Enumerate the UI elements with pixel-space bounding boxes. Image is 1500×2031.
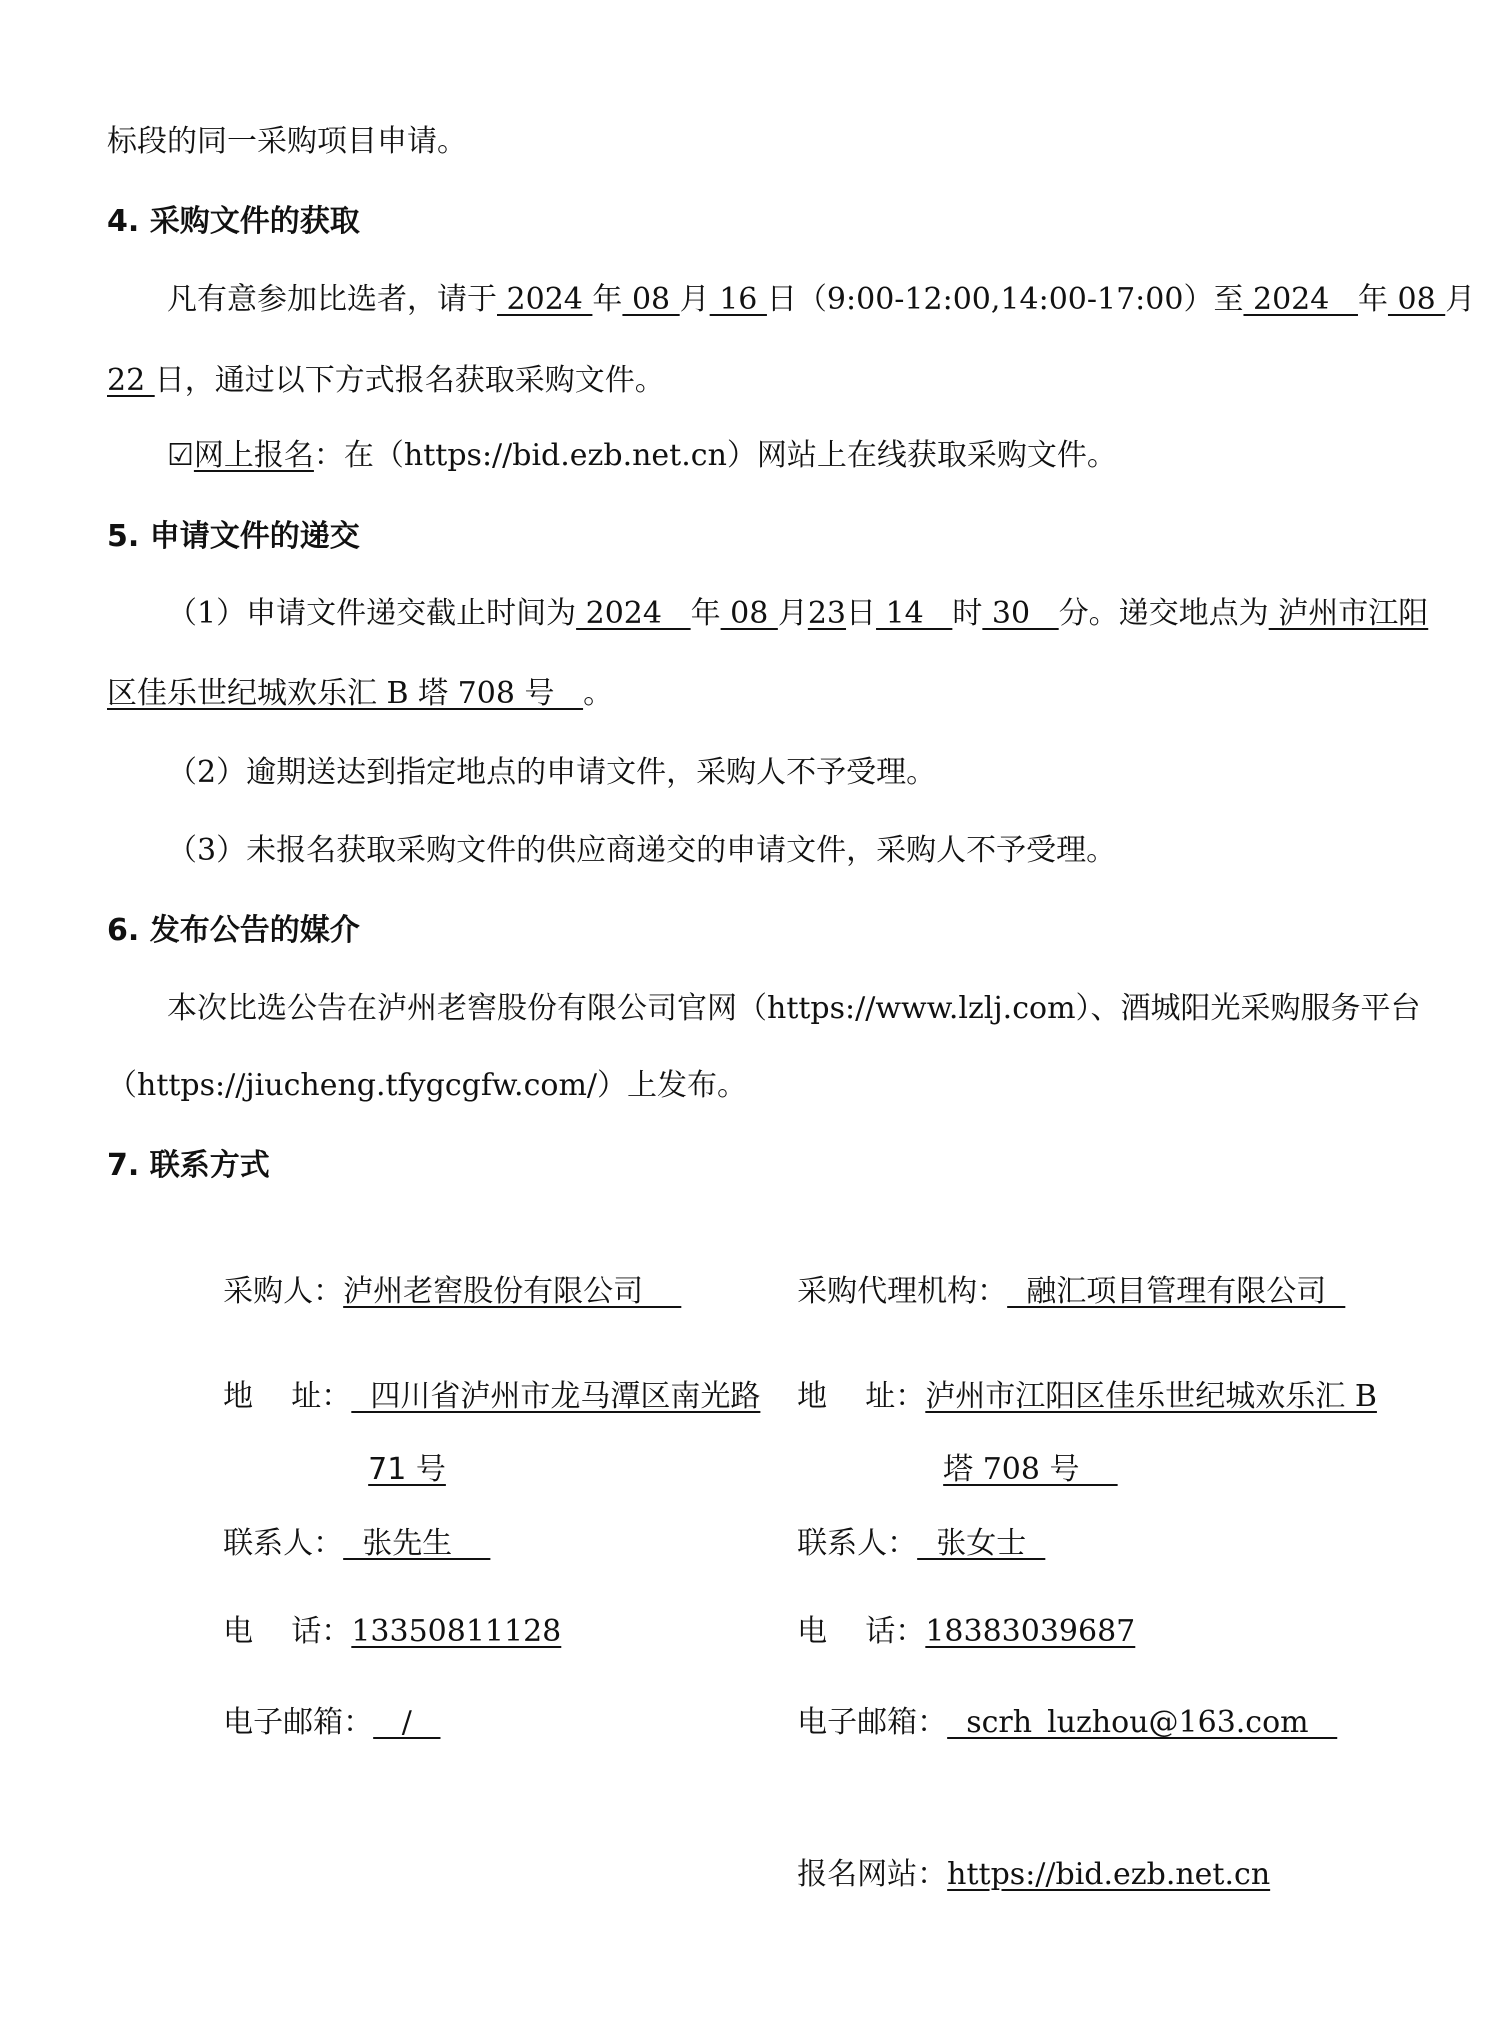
deadline-hour: 14: [876, 590, 952, 638]
text: 时: [952, 590, 982, 638]
agency-registration-site-row: 报名网站：https://bid.ezb.net.cn: [759, 1803, 1270, 1851]
end-month: 08: [1388, 276, 1445, 324]
online-registration-text: ：在（https://bid.ezb.net.cn）网站上在线获取采购文件。: [314, 438, 1117, 473]
purchaser-name: 泸州老窖股份有限公司: [343, 1274, 681, 1309]
agency-name-row: 采购代理机构： 融汇项目管理有限公司: [759, 1220, 1345, 1268]
start-day: 16: [710, 276, 767, 324]
checkbox-checked-icon: ☑: [167, 432, 194, 480]
text: 年: [1358, 276, 1388, 324]
start-year: 2024: [497, 276, 592, 324]
section-5-heading: 5. 申请文件的递交: [107, 513, 360, 561]
agency-phone-row: 电 话：18383039687: [759, 1560, 1135, 1608]
agency-phone: 18383039687: [925, 1614, 1135, 1649]
text: 年: [691, 590, 721, 638]
text: 月: [680, 276, 710, 324]
agency-name: 融汇项目管理有限公司: [1007, 1274, 1345, 1309]
text: 凡有意参加比选者，请于: [167, 276, 497, 324]
text: 月: [1445, 276, 1475, 324]
agency-contact-row: 联系人： 张女士: [759, 1472, 1045, 1520]
section-6-paragraph-line2: （https://jiucheng.tfygcgfw.com/）上发布。: [107, 1062, 747, 1110]
label: 报名网站：: [797, 1857, 947, 1892]
online-registration-label: ☑网上报名: [167, 438, 314, 473]
purchaser-phone: 13350811128: [351, 1614, 561, 1649]
end-day: 22: [107, 363, 155, 398]
purchaser-address-row: 地 址： 四川省泸州市龙马潭区南光路: [185, 1325, 760, 1373]
text: 分。递交地点为: [1059, 590, 1269, 638]
agency-email-row: 电子邮箱： scrh_luzhou@163.com: [759, 1651, 1337, 1699]
label: 采购人：: [223, 1274, 343, 1309]
submission-place: 泸州市江阳: [1269, 590, 1429, 638]
label: 电子邮箱：: [223, 1705, 373, 1740]
end-year: 2024: [1243, 276, 1358, 324]
text: 。: [583, 676, 613, 711]
deadline-month: 08: [721, 590, 778, 638]
label: 电子邮箱：: [797, 1705, 947, 1740]
section-4-paragraph-line1: 凡有意参加比选者，请于 2024 年 08 月 16 日（9:00-12:00,…: [167, 276, 1390, 324]
agency-contact: 张女士: [917, 1526, 1045, 1561]
purchaser-contact: 张先生: [343, 1526, 490, 1561]
submission-place-cont: 区佳乐世纪城欢乐汇 B 塔 708 号: [107, 676, 583, 711]
section-6-heading: 6. 发布公告的媒介: [107, 907, 360, 955]
label: 联系人：: [223, 1526, 343, 1561]
text: 年: [592, 276, 622, 324]
text: 日，通过以下方式报名获取采购文件。: [155, 363, 665, 398]
purchaser-email: /: [373, 1705, 440, 1740]
section-5-item1-line1: （1）申请文件递交截止时间为 2024 年 08 月 23 日 14 时 30 …: [167, 590, 1390, 638]
deadline-day: 23: [808, 590, 846, 638]
purchaser-name-row: 采购人：泸州老窖股份有限公司: [185, 1220, 681, 1268]
section-5-item3: （3）未报名获取采购文件的供应商递交的申请文件，采购人不予受理。: [167, 827, 1116, 875]
text: 日（9:00-12:00,14:00-17:00）至: [767, 276, 1244, 324]
section-5-item2: （2）逾期送达到指定地点的申请文件，采购人不予受理。: [167, 749, 936, 797]
section-4-heading: 4. 采购文件的获取: [107, 198, 360, 246]
section-6-paragraph-line1: 本次比选公告在泸州老窖股份有限公司官网（https://www.lzlj.com…: [167, 985, 1421, 1033]
agency-address-cont: 塔 708 号: [905, 1398, 1118, 1446]
label: 联系人：: [797, 1526, 917, 1561]
text: 月: [778, 590, 808, 638]
label: 电 话：: [223, 1614, 351, 1649]
section-7-heading: 7. 联系方式: [107, 1142, 270, 1190]
text: 日: [846, 590, 876, 638]
section-4-paragraph-line2: 22 日，通过以下方式报名获取采购文件。: [107, 357, 665, 405]
registration-site-link[interactable]: https://bid.ezb.net.cn: [947, 1857, 1270, 1892]
agency-address-row: 地 址：泸州市江阳区佳乐世纪城欢乐汇 B: [759, 1325, 1377, 1373]
online-registration-line: ☑网上报名：在（https://bid.ezb.net.cn）网站上在线获取采购…: [167, 432, 1117, 480]
start-month: 08: [622, 276, 679, 324]
agency-email: scrh_luzhou@163.com: [947, 1705, 1337, 1740]
deadline-year: 2024: [576, 590, 691, 638]
purchaser-phone-row: 电 话：13350811128: [185, 1560, 561, 1608]
section-5-item1-line2: 区佳乐世纪城欢乐汇 B 塔 708 号 。: [107, 670, 613, 718]
purchaser-address-cont: 71 号: [330, 1398, 446, 1446]
label-text: 网上报名: [194, 438, 314, 473]
purchaser-contact-row: 联系人： 张先生: [185, 1472, 490, 1520]
deadline-minute: 30: [982, 590, 1058, 638]
label: 采购代理机构：: [797, 1274, 1007, 1309]
intro-tail: 标段的同一采购项目申请。: [107, 118, 467, 166]
text: （1）申请文件递交截止时间为: [167, 590, 576, 638]
label: 电 话：: [797, 1614, 925, 1649]
purchaser-email-row: 电子邮箱： /: [185, 1651, 440, 1699]
